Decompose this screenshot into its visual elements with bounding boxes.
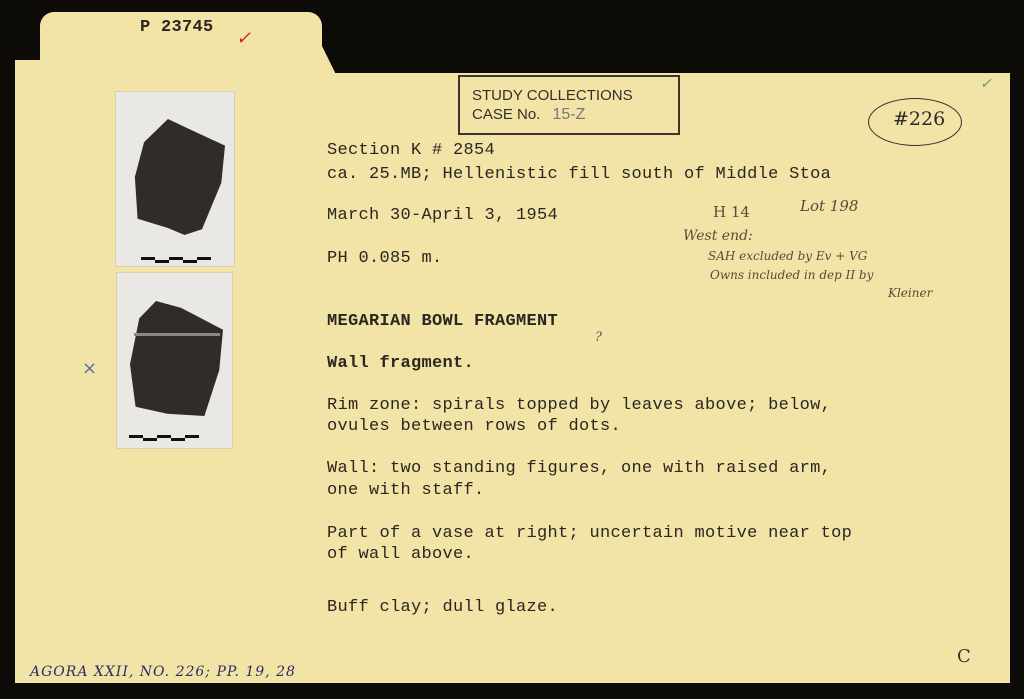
rim-band: [134, 333, 220, 336]
scale-bar: [141, 257, 211, 263]
stamp-line2: CASE No. 15-Z: [472, 105, 678, 124]
publication-reference: AGORA XXII, NO. 226; PP. 19, 28: [30, 664, 296, 680]
object-title: MEGARIAN BOWL FRAGMENT: [327, 312, 558, 331]
rim-line1: Rim zone: spirals topped by leaves above…: [327, 396, 831, 415]
tab-corner: [15, 60, 45, 74]
dimension-line: PH 0.085 m.: [327, 249, 443, 268]
sherd-image: [130, 301, 223, 416]
case-label: CASE No.: [472, 106, 540, 123]
sherd-image: [133, 119, 225, 235]
wall-line1: Wall: two standing figures, one with rai…: [327, 459, 831, 478]
scale-bar: [129, 435, 199, 441]
red-check-icon: ✓: [236, 28, 251, 49]
circled-number: #226: [893, 108, 945, 130]
x-mark: ×: [82, 358, 97, 379]
question-mark: ?: [595, 330, 602, 345]
stamp-line1: STUDY COLLECTIONS: [472, 86, 678, 105]
tab-shoulder: [315, 40, 335, 76]
kleiner-note: Kleiner: [888, 286, 932, 300]
case-value: 15-Z: [553, 106, 586, 123]
context-line: ca. 25.MB; Hellenistic fill south of Mid…: [327, 165, 831, 184]
corner-letter: C: [957, 646, 971, 667]
part-line2: of wall above.: [327, 545, 474, 564]
catalog-number: P 23745: [140, 18, 214, 37]
grid-note: H 14: [713, 203, 750, 221]
section-line: Section K # 2854: [327, 141, 495, 160]
included-note: Owns included in dep II by: [710, 268, 873, 282]
green-check-icon: ✓: [980, 76, 992, 92]
study-collections-stamp: STUDY COLLECTIONS CASE No. 15-Z: [458, 75, 680, 135]
excluded-note: SAH excluded by Ev + VG: [708, 249, 867, 263]
clay-line: Buff clay; dull glaze.: [327, 598, 558, 617]
lot-note: Lot 198: [800, 197, 858, 215]
sherd-photo-exterior: [116, 272, 233, 449]
fragment-type: Wall fragment.: [327, 354, 474, 373]
rim-line2: ovules between rows of dots.: [327, 417, 621, 436]
west-end-note: West end:: [683, 228, 753, 244]
sherd-photo-profile: [115, 91, 235, 267]
wall-line2: one with staff.: [327, 481, 485, 500]
date-line: March 30-April 3, 1954: [327, 206, 558, 225]
part-line1: Part of a vase at right; uncertain motiv…: [327, 524, 852, 543]
